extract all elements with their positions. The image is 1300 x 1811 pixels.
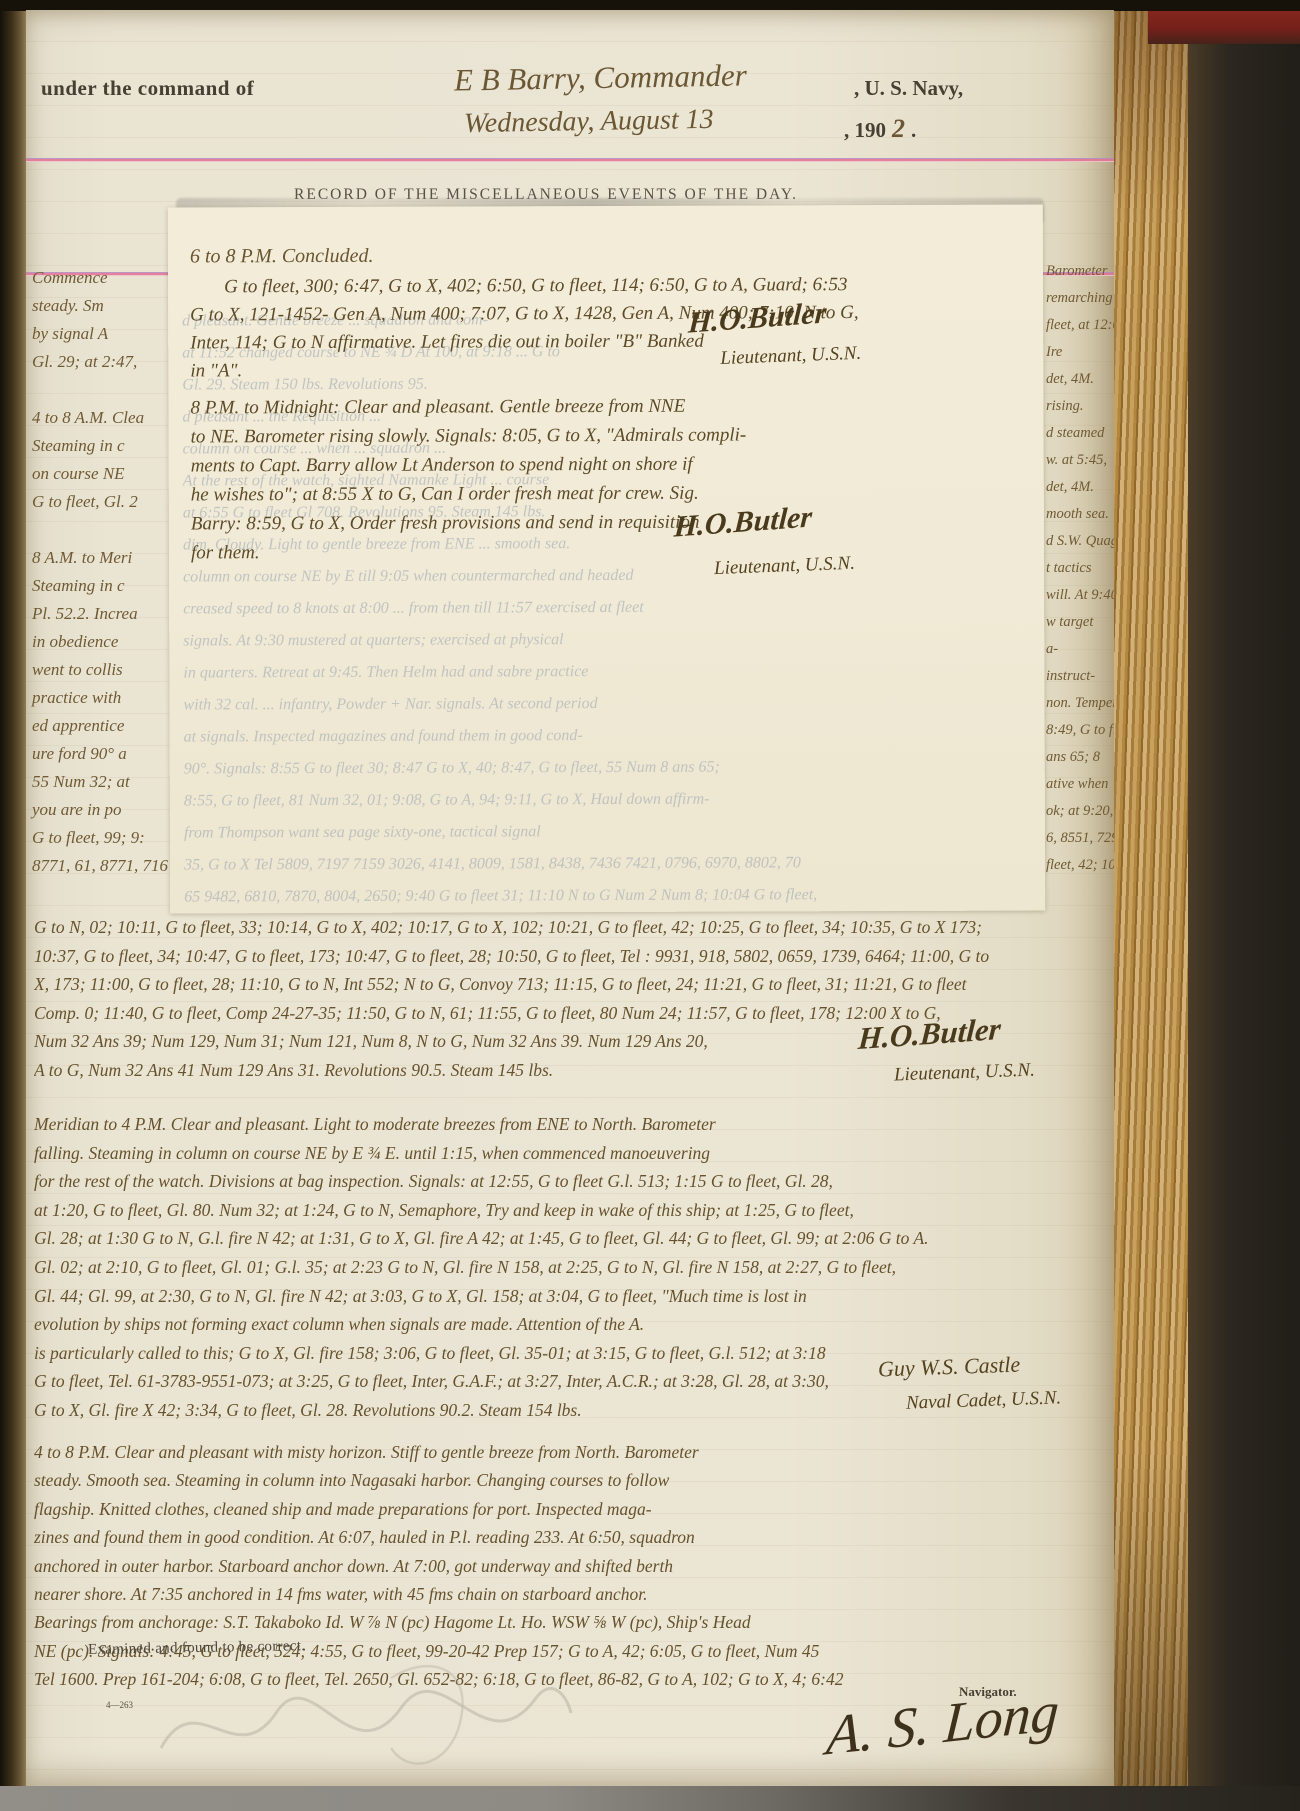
covered-line-fragment: Ire [1046, 339, 1114, 366]
ghost-line: in quarters. Retreat at 9:45. Then Helm … [183, 654, 1043, 689]
handwritten-line: G to fleet, 300; 6:47, G to X, 402; 6:50… [190, 271, 859, 301]
covered-line-fragment: went to collis [32, 656, 168, 684]
pencil-scrawl [141, 1638, 581, 1788]
handwritten-line: anchored in outer harbor. Starboard anch… [34, 1552, 1112, 1580]
handwritten-line: for the rest of the watch. Divisions at … [34, 1167, 1112, 1196]
handwritten-date: Wednesday, August 13 [464, 104, 714, 140]
handwritten-line: Gl. 28; at 1:30 G to N, G.l. fire N 42; … [34, 1224, 1112, 1253]
book-fore-edge [1112, 0, 1190, 1811]
handwritten-line: to NE. Barometer rising slowly. Signals:… [191, 421, 747, 452]
covered-line-fragment: fleet, 42; 10:08. [1046, 852, 1114, 879]
slip-8pm-paragraph: 8 P.M. to Midnight: Clear and pleasant. … [190, 392, 746, 568]
covered-line-fragment: det, 4M. [1046, 366, 1114, 393]
covered-line-fragment: w target [1046, 609, 1114, 636]
covered-line-fragment: ed apprentice [32, 712, 168, 740]
covered-line-fragment: det, 4M. [1046, 474, 1114, 501]
covered-line-fragment: mooth sea. [1046, 501, 1114, 528]
castle-signature: Guy W.S. Castle [878, 1352, 1021, 1383]
ghost-line: signals. At 9:30 mustered at quarters; e… [183, 622, 1043, 657]
covered-line-fragment: G to fleet, Gl. 2 [32, 488, 168, 516]
covered-line-fragment: remarching [1046, 285, 1114, 312]
handwritten-line: nearer shore. At 7:35 anchored in 14 fms… [34, 1580, 1112, 1608]
handwritten-line: steady. Smooth sea. Steaming in column i… [34, 1466, 1112, 1494]
covered-line-fragment: non. Tempera- [1046, 690, 1114, 717]
book-gutter [0, 0, 26, 1811]
log-page: under the command of E B Barry, Commande… [26, 10, 1114, 1788]
covered-line-fragment: Barometer [1046, 258, 1114, 285]
handwritten-line: Barry: 8:59, G to X, Order fresh provisi… [191, 508, 747, 539]
handwritten-line: 10:37, G to fleet, 34; 10:47, G to fleet… [34, 942, 1112, 971]
printed-year-period: . [911, 118, 916, 143]
covered-line-fragment: Pl. 52.2. Increa [32, 600, 168, 628]
ghost-line: 90°. Signals: 8:55 G to fleet 30; 8:47 G… [184, 750, 1044, 785]
covered-line-fragment: 6, 8551, 7297, [1046, 825, 1114, 852]
scan-bottom-shadow [0, 1786, 1300, 1811]
covered-line-fragment: t tactics [1046, 555, 1114, 582]
covered-line-fragment [32, 376, 168, 404]
handwritten-line: falling. Steaming in column on course NE… [34, 1139, 1112, 1168]
covered-line-fragment: 8:49, G to fleet, [1046, 717, 1114, 744]
handwritten-line: Gl. 02; at 2:10, G to fleet, Gl. 01; G.l… [34, 1253, 1112, 1282]
handwritten-line: zines and found them in good condition. … [34, 1523, 1112, 1551]
covered-line-fragment: 8 A.M. to Meri [32, 544, 168, 572]
ghost-line: creased speed to 8 knots at 8:00 ... fro… [183, 590, 1043, 625]
covered-line-fragment: ure ford 90° a [32, 740, 168, 768]
covered-line-fragment: a- [1046, 636, 1114, 663]
covered-line-fragment: 4 to 8 A.M. Clea [32, 404, 168, 432]
covered-line-fragment: by signal A [32, 320, 168, 348]
covered-line-fragment: ative when [1046, 771, 1114, 798]
covered-line-fragment: Gl. 29; at 2:47, [32, 348, 168, 376]
covered-line-fragment: w. at 5:45, [1046, 447, 1114, 474]
covered-line-fragment: instruct- [1046, 663, 1114, 690]
covered-line-fragment: ans 65; 8 [1046, 744, 1114, 771]
covered-line-fragment: fleet, at 12:05, [1046, 312, 1114, 339]
logbook-scan: under the command of E B Barry, Commande… [0, 0, 1300, 1811]
handwritten-line: G to N, 02; 10:11, G to fleet, 33; 10:14… [34, 913, 1112, 942]
handwritten-line: 8 P.M. to Midnight: Clear and pleasant. … [190, 392, 746, 423]
covered-line-fragment: Commence [32, 264, 168, 292]
handwritten-line: Meridian to 4 P.M. Clear and pleasant. L… [34, 1110, 1112, 1139]
handwritten-line: at 1:20, G to fleet, Gl. 80. Num 32; at … [34, 1196, 1112, 1225]
covered-line-fragment: on course NE [32, 460, 168, 488]
ghost-line: 65 9482, 6810, 7870, 8004, 2650; 9:40 G … [184, 878, 1044, 913]
handwritten-line: for them. [191, 537, 747, 568]
handwritten-line: evolution by ships not forming exact col… [34, 1310, 1112, 1339]
covered-line-fragment [32, 516, 168, 544]
right-fragment-column: Barometerremarchingfleet, at 12:05,Irede… [1046, 258, 1114, 879]
handwritten-commander: E B Barry, Commander [454, 57, 747, 98]
scan-background [1188, 0, 1300, 1811]
handwritten-line: Bearings from anchorage: S.T. Takaboko I… [34, 1608, 1112, 1636]
printed-navy-suffix: , U. S. Navy, [854, 76, 963, 101]
handwritten-line: flagship. Knitted clothes, cleaned ship … [34, 1495, 1112, 1523]
ghost-line: with 32 cal. ... infantry, Powder + Nar.… [183, 686, 1043, 721]
covered-line-fragment: Steaming in c [32, 572, 168, 600]
covered-line-fragment: will. At 9:40½ [1046, 582, 1114, 609]
covered-line-fragment: d steamed [1046, 420, 1114, 447]
covered-line-fragment: 8771, 61, 8771, 716 [32, 852, 168, 880]
pasted-slip: d pleasant. Gentle breeze ... squadron a… [168, 204, 1045, 913]
covered-line-fragment: ok; at 9:20, [1046, 798, 1114, 825]
handwritten-line: 4 to 8 P.M. Clear and pleasant with mist… [34, 1438, 1112, 1466]
signals-block: G to N, 02; 10:11, G to fleet, 33; 10:14… [34, 913, 1112, 1084]
handwritten-line: Gl. 44; Gl. 99, at 2:30, G to N, Gl. fir… [34, 1282, 1112, 1311]
handwritten-year-digit: 2 [892, 114, 905, 144]
printed-year-row: , 190 2 . [844, 114, 916, 144]
ghost-line: 35, G to X Tel 5809, 7197 7159 3026, 414… [184, 846, 1044, 881]
ghost-line: from Thompson want sea page sixty-one, t… [184, 814, 1044, 849]
handwritten-line: he wishes to"; at 8:55 X to G, Can I ord… [191, 479, 747, 510]
handwritten-line: X, 173; 11:00, G to fleet, 28; 11:10, G … [34, 970, 1112, 999]
printed-year: , 190 [844, 118, 886, 143]
pink-rule-top [26, 158, 1114, 162]
printed-command-prefix: under the command of [41, 76, 254, 101]
handwritten-line: ments to Capt. Barry allow Lt Anderson t… [191, 450, 747, 481]
covered-line-fragment: d S.W. Quag. [1046, 528, 1114, 555]
covered-line-fragment: steady. Sm [32, 292, 168, 320]
covered-line-fragment: practice with [32, 684, 168, 712]
ghost-line: 8:55, G to fleet, 81 Num 32, 01; 9:08, G… [184, 782, 1044, 817]
slip-title: 6 to 8 P.M. Concluded. [190, 245, 374, 269]
covered-line-fragment: rising. [1046, 393, 1114, 420]
ghost-line: at signals. Inspected magazines and foun… [184, 718, 1044, 753]
form-number: 4—263 [106, 1700, 133, 1710]
left-fragment-column: Commencesteady. Smby signal AGl. 29; at … [32, 264, 168, 880]
covered-line-fragment: G to fleet, 99; 9: [32, 824, 168, 852]
covered-line-fragment: you are in po [32, 796, 168, 824]
covered-line-fragment: Steaming in c [32, 432, 168, 460]
covered-line-fragment: 55 Num 32; at [32, 768, 168, 796]
covered-line-fragment: in obedience [32, 628, 168, 656]
